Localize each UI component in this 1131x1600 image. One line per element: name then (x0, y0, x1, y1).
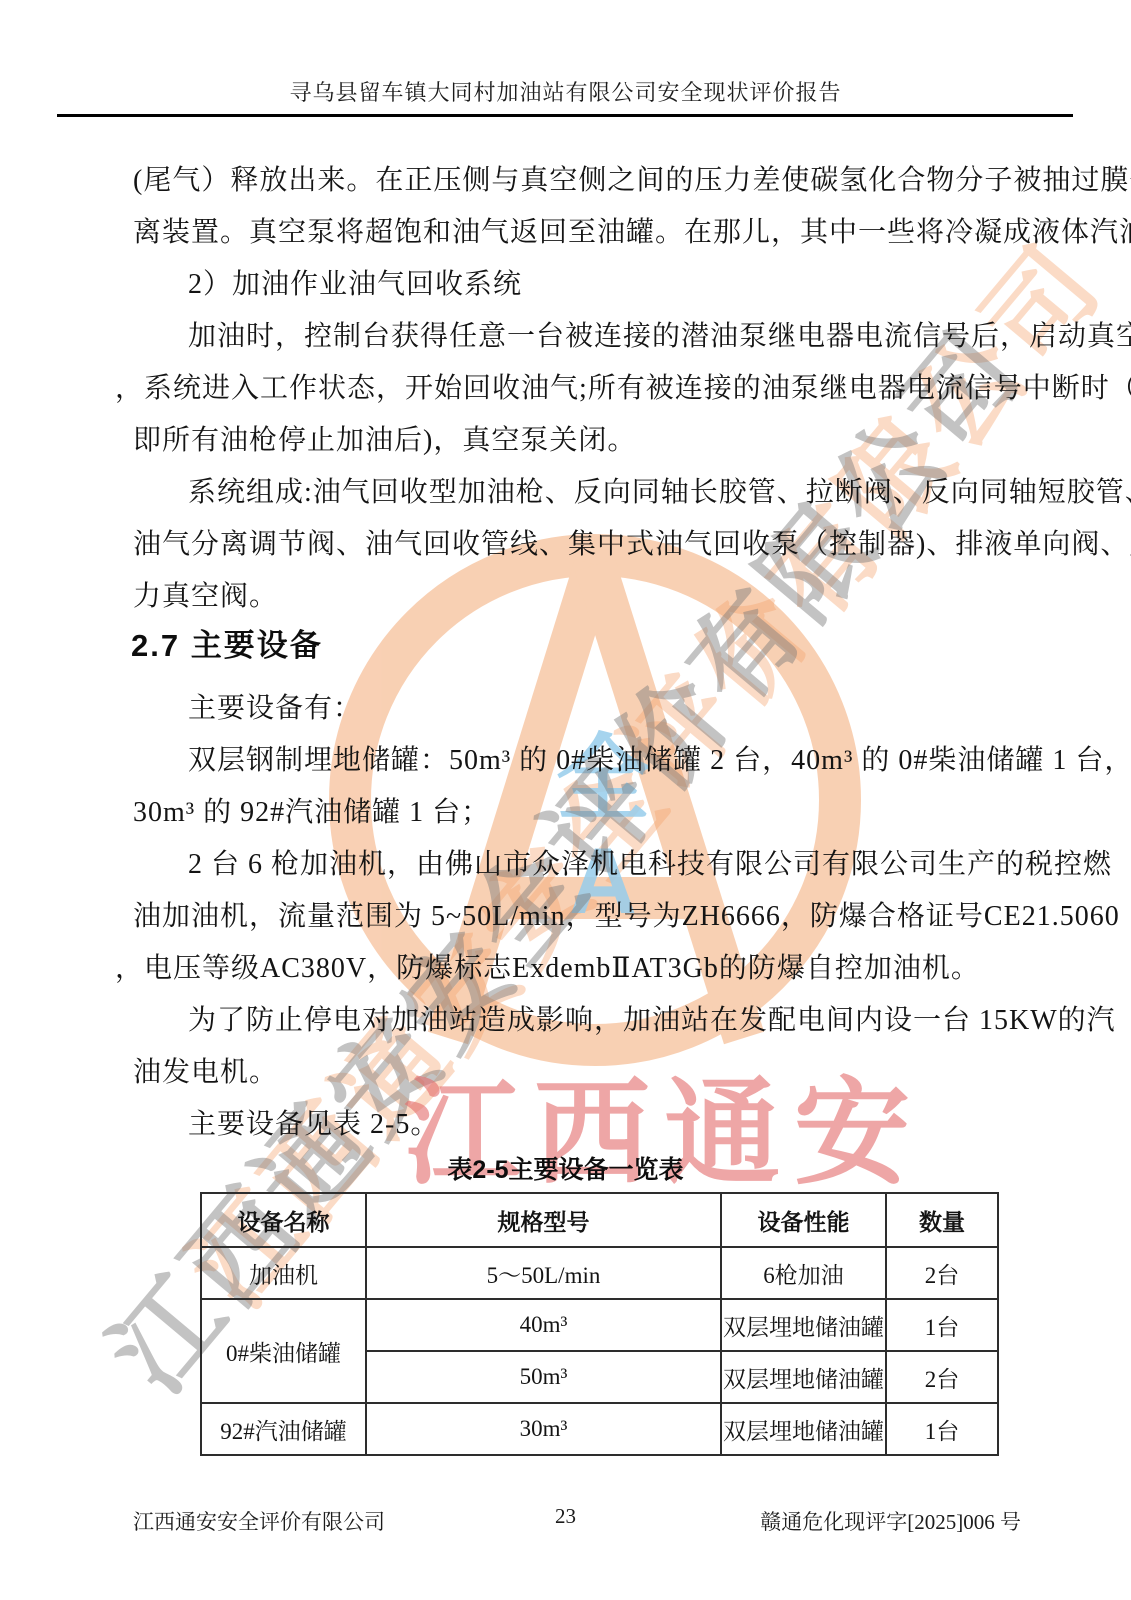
table-row: 0#柴油储罐 40m³ 双层埋地储油罐 1台 (201, 1299, 998, 1351)
body-line: 为了防止停电对加油站造成影响，加油站在发配电间内设一台 15KW的汽 (188, 998, 1116, 1038)
section-heading: 2.7 主要设备 (131, 620, 323, 665)
table-cell-spec: 5～50L/min (366, 1247, 721, 1299)
table-header-row: 设备名称 规格型号 设备性能 数量 (201, 1193, 998, 1247)
body-line: 离装置。真空泵将超饱和油气返回至油罐。在那儿，其中一些将冷凝成液体汽油。 (133, 210, 1131, 250)
table-cell-spec: 50m³ (366, 1351, 721, 1403)
table-header-cell: 数量 (886, 1193, 998, 1247)
body-line: 油气分离调节阀、油气回收管线、集中式油气回收泵（控制器)、排液单向阀、压 (133, 522, 1131, 562)
body-line: 2）加油作业油气回收系统 (188, 262, 522, 302)
table-cell-spec: 40m³ (366, 1299, 721, 1351)
body-line: 加油时，控制台获得任意一台被连接的潜油泵继电器电流信号后，启动真空泵 (188, 314, 1131, 354)
table-cell-name: 0#柴油储罐 (201, 1299, 366, 1403)
table-cell-performance: 双层埋地储油罐 (721, 1299, 886, 1351)
table-cell-performance: 双层埋地储油罐 (721, 1351, 886, 1403)
body-line: 主要设备见表 2-5。 (188, 1102, 439, 1142)
body-line: 主要设备有： (188, 686, 362, 726)
table-row: 加油机 5～50L/min 6枪加油 2台 (201, 1247, 998, 1299)
table-cell-qty: 2台 (886, 1247, 998, 1299)
body-line: 油发电机。 (133, 1050, 278, 1090)
table-cell-name: 加油机 (201, 1247, 366, 1299)
body-line: 双层钢制埋地储罐：50m³ 的 0#柴油储罐 2 台，40m³ 的 0#柴油储罐… (188, 738, 1131, 778)
body-line: 油加油机，流量范围为 5~50L/min，型号为ZH6666，防爆合格证号CE2… (133, 894, 1120, 934)
table-cell-spec: 30m³ (366, 1403, 721, 1455)
table-cell-name: 92#汽油储罐 (201, 1403, 366, 1455)
body-line: 30m³ 的 92#汽油储罐 1 台； (133, 790, 490, 830)
body-line: 系统组成:油气回收型加油枪、反向同轴长胶管、拉断阀、反向同轴短胶管、 (188, 470, 1131, 510)
page-header-title: 寻乌县留车镇大同村加油站有限公司安全现状评价报告 (0, 76, 1131, 107)
table-cell-qty: 2台 (886, 1351, 998, 1403)
table-cell-performance: 双层埋地储油罐 (721, 1403, 886, 1455)
table-row: 92#汽油储罐 30m³ 双层埋地储油罐 1台 (201, 1403, 998, 1455)
body-line: 力真空阀。 (133, 574, 278, 614)
body-line: (尾气）释放出来。在正压侧与真空侧之间的压力差使碳氢化合物分子被抽过膜分 (133, 158, 1131, 198)
body-line: ，电压等级AC380V，防爆标志ExdembⅡAT3Gb的防爆自控加油机。 (115, 946, 980, 986)
table-title: 表2-5主要设备一览表 (0, 1150, 1131, 1186)
table-cell-qty: 1台 (886, 1299, 998, 1351)
body-line: 2 台 6 枪加油机，由佛山市众泽机电科技有限公司有限公司生产的税控燃 (188, 842, 1112, 882)
table-header-cell: 设备性能 (721, 1193, 886, 1247)
body-line: 即所有油枪停止加油后)，真空泵关闭。 (133, 418, 636, 458)
table-cell-qty: 1台 (886, 1403, 998, 1455)
header-rule (57, 114, 1073, 117)
equipment-table: 设备名称 规格型号 设备性能 数量 加油机 5～50L/min 6枪加油 2台 … (200, 1192, 999, 1456)
table-header-cell: 设备名称 (201, 1193, 366, 1247)
table-cell-performance: 6枪加油 (721, 1247, 886, 1299)
body-line: ，系统进入工作状态，开始回收油气;所有被连接的油泵继电器电流信号中断时（ (115, 366, 1131, 406)
table-header-cell: 规格型号 (366, 1193, 721, 1247)
footer-doc-number: 赣通危化现评字[2025]006 号 (760, 1506, 1021, 1536)
